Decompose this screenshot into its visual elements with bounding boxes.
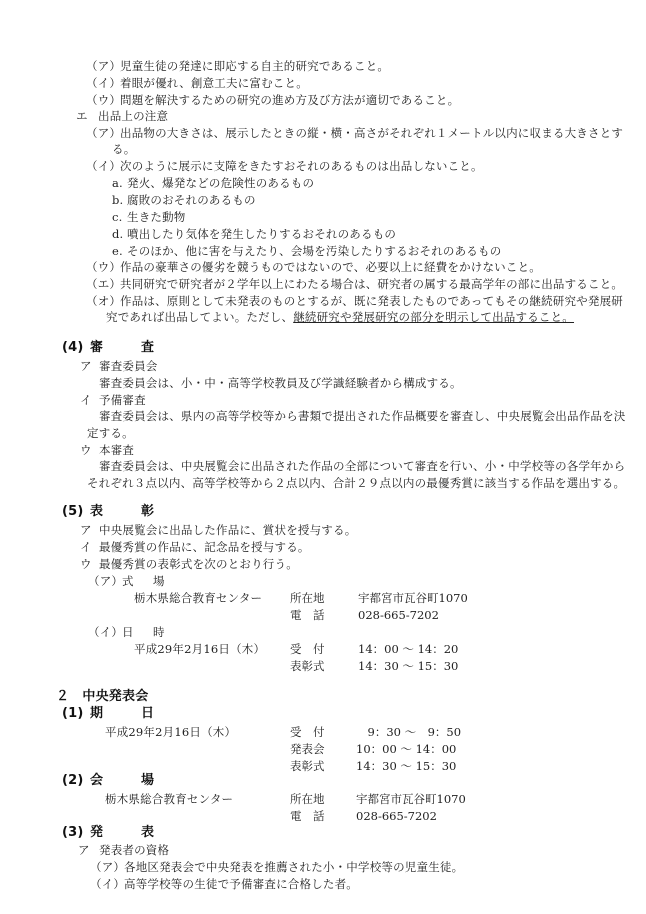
section-label: エ	[76, 109, 88, 123]
item-label: ウ	[80, 443, 92, 457]
sub-label: （イ）	[88, 625, 123, 639]
item-body-cont: それぞれ３点以内、高等学校等から２点以内、合計２９点以内の最優秀賞に該当する作品…	[87, 476, 625, 490]
sub-label: （ア）	[88, 574, 123, 588]
list-item-cont: 究であれば出品してよい。ただし、継続研究や発展研究の部分を明示して出品すること。	[106, 310, 574, 324]
list-item-cont: る。	[112, 142, 135, 156]
section-number: (2)	[62, 774, 84, 788]
list-label: （イ）	[86, 159, 121, 173]
list-label: （イ）	[86, 76, 121, 90]
chapter-title: ２ 中央発表会	[56, 690, 148, 704]
sub-label: b.	[112, 193, 123, 207]
list-label: （ア）	[86, 59, 121, 73]
list-item: 児童生徒の発達に即応する自主的研究であること。	[120, 59, 389, 73]
item-label: ア	[78, 843, 90, 857]
schedule-label: 表彰式	[290, 659, 325, 673]
list-label: （オ）	[86, 294, 121, 308]
list-label: （ウ）	[86, 93, 121, 107]
address-value: 宇都宮市瓦谷町1070	[356, 792, 466, 806]
item-body: 審査委員会は、県内の高等学校等から書類で提出された作品概要を審査し、中央展覧会出…	[99, 409, 626, 423]
schedule-label: 受 付	[290, 725, 325, 739]
section-title: 表	[90, 505, 103, 519]
sub-item: 腐敗のおそれのあるもの	[127, 193, 256, 207]
sub-title: 式	[122, 574, 134, 588]
item-text: 最優秀賞の表彰式を次のとおり行う。	[99, 557, 298, 571]
phone-value: 028-665-7202	[356, 809, 437, 823]
schedule-label: 表彰式	[290, 759, 325, 773]
sub-title: 場	[153, 574, 165, 588]
schedule-label: 発表会	[290, 742, 325, 756]
address-value: 宇都宮市瓦谷町1070	[358, 591, 468, 605]
section-title: 審	[90, 341, 103, 355]
item-heading: 本審査	[99, 443, 134, 457]
section-number: (4)	[62, 341, 84, 355]
section-title: 表	[141, 826, 154, 840]
section-number: (5)	[62, 505, 84, 519]
sub-title: 時	[153, 625, 165, 639]
item-text: 中央展覧会に出品した作品に、賞状を授与する。	[99, 523, 356, 537]
schedule-time: 9：30 〜 9：50	[356, 725, 461, 739]
list-item: 共同研究で研究者が２学年以上にわたる場合は、研究者の属する最高学年の部に出品する…	[120, 277, 623, 291]
item-body: 審査委員会は、中央展覧会に出品された作品の全部について審査を行い、小・中学校等の…	[99, 459, 625, 473]
section-title: 場	[141, 774, 154, 788]
sub-label: e.	[112, 244, 123, 258]
list-item: 問題を解決するための研究の進め方及び方法が適切であること。	[120, 93, 459, 107]
event-date: 平成29年2月16日（木）	[105, 725, 236, 739]
item-heading: 審査委員会	[99, 359, 158, 373]
list-item: 着眼が優れ、創意工夫に富むこと。	[120, 76, 308, 90]
section-title: 発	[90, 826, 103, 840]
schedule-time: 10：00 〜 14：00	[356, 742, 456, 756]
section-title: 彰	[141, 505, 154, 519]
sub-label: c.	[112, 210, 123, 224]
item-label: ア	[80, 359, 92, 373]
sub-title: 日	[122, 625, 134, 639]
schedule-time: 14：00 〜 14：20	[358, 642, 458, 656]
sub-item: そのほか、他に害を与えたり、会場を汚染したりするおそれのあるもの	[127, 244, 501, 258]
section-number: (1)	[62, 707, 84, 721]
item-text: 最優秀賞の作品に、記念品を授与する。	[99, 540, 310, 554]
phone-label: 電 話	[290, 608, 325, 622]
schedule-time: 14：30 〜 15：30	[358, 659, 458, 673]
sub-label: a.	[112, 176, 123, 190]
section-title: 査	[141, 341, 154, 355]
underlined-text: 継続研究や発展研究の部分を明示して出品すること。	[293, 310, 574, 324]
list-item: 作品は、原則として未発表のものとするが、既に発表したものであってもその継続研究や…	[120, 294, 623, 308]
list-label: （エ）	[86, 277, 121, 291]
phone-label: 電 話	[290, 809, 325, 823]
item-heading: 発表者の資格	[99, 843, 169, 857]
list-item: 高等学校等の生徒で予備審査に合格した者。	[124, 877, 358, 891]
text: 究であれば出品してよい。ただし、	[106, 310, 293, 324]
sub-item: 噴出したり気体を発生したりするおそれのあるもの	[127, 227, 396, 241]
item-label: イ	[80, 393, 92, 407]
list-label: （ア）	[90, 860, 125, 874]
phone-value: 028-665-7202	[358, 608, 439, 622]
event-date: 平成29年2月16日（木）	[134, 642, 265, 656]
item-label: イ	[80, 540, 92, 554]
item-label: ウ	[80, 557, 92, 571]
address-label: 所在地	[290, 792, 325, 806]
sub-item: 生きた動物	[127, 210, 186, 224]
item-heading: 予備審査	[99, 393, 146, 407]
list-label: （ウ）	[86, 260, 121, 274]
list-item: 次のように展示に支障をきたすおそれのあるものは出品しないこと。	[120, 159, 483, 173]
list-label: （イ）	[90, 877, 125, 891]
section-title: 日	[141, 707, 154, 721]
sub-label: d.	[112, 227, 123, 241]
schedule-time: 14：30 〜 15：30	[356, 759, 456, 773]
sub-item: 発火、爆発などの危険性のあるもの	[127, 176, 314, 190]
list-label: （ア）	[86, 126, 121, 140]
schedule-label: 受 付	[290, 642, 325, 656]
list-item: 出品物の大きさは、展示したときの縦・横・高さがそれぞれ１メートル以内に収まる大き…	[120, 126, 623, 140]
item-body-cont: 定する。	[87, 426, 134, 440]
venue-name: 栃木県総合教育センター	[105, 792, 233, 806]
list-item: 各地区発表会で中央発表を推薦された小・中学校等の児童生徒。	[124, 860, 463, 874]
venue-name: 栃木県総合教育センター	[134, 591, 262, 605]
item-body: 審査委員会は、小・中・高等学校教員及び学識経験者から構成する。	[99, 376, 462, 390]
address-label: 所在地	[290, 591, 325, 605]
section-heading: 出品上の注意	[98, 109, 168, 123]
section-title: 期	[90, 707, 103, 721]
list-item: 作品の豪華さの優劣を競うものではないので、必要以上に経費をかけないこと。	[120, 260, 541, 274]
section-number: (3)	[62, 826, 84, 840]
item-label: ア	[80, 523, 92, 537]
section-title: 会	[90, 774, 103, 788]
